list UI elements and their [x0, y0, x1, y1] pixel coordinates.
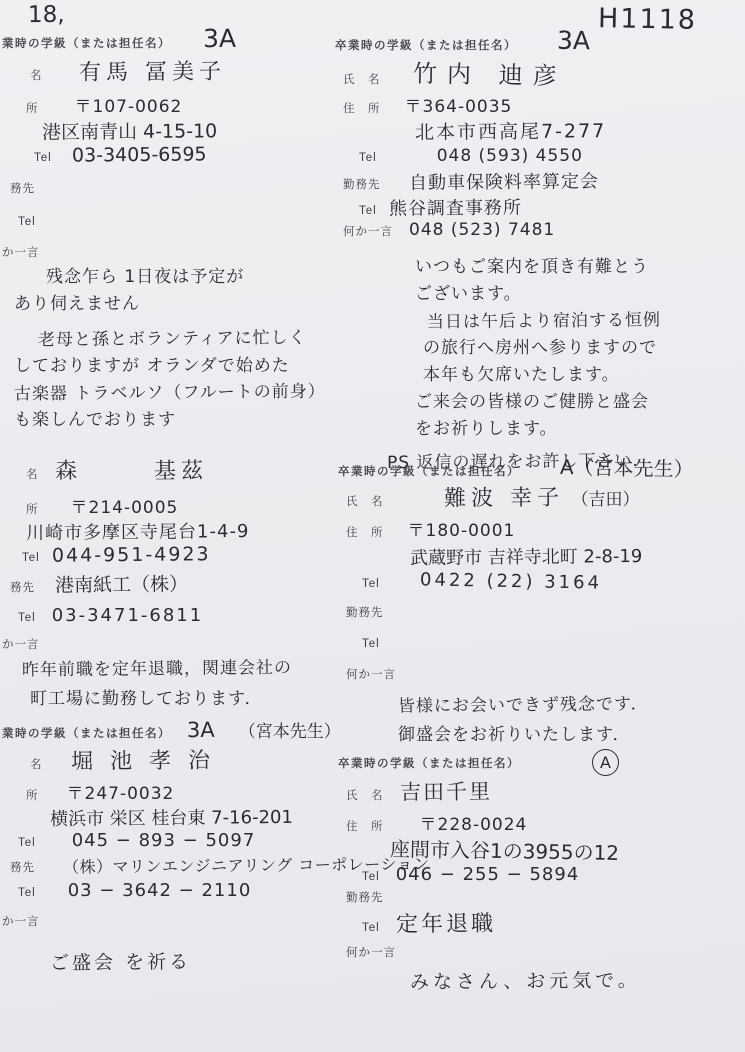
postal-value: 〒364-0035: [405, 92, 513, 117]
comment-block: ご盛会 を祈る: [50, 949, 340, 976]
workplace-value-line1: 自動車保険料率算定会: [408, 167, 598, 195]
address-label: 所: [26, 501, 39, 517]
street-value: 横浜市 栄区 桂台東 7-16-201: [50, 803, 293, 831]
comment-line: しておりますが オランダで始めた: [14, 353, 334, 380]
workplace-value: 港南紙工（株）: [55, 569, 188, 597]
workplace-row: 務先 港南紙工（株）: [2, 570, 332, 597]
name-value: 堀 池 孝 治: [70, 743, 214, 775]
comment-line: ございます。: [415, 281, 743, 308]
comment-label-row: 何か一言 048 (523) 7481: [335, 220, 743, 240]
workplace-label: 務先: [10, 859, 35, 875]
comment-block: 残念乍ら 1日夜は予定が あり伺えません 老母と孫とボランティアに忙しく してお…: [14, 264, 334, 434]
name-sei: 森: [54, 454, 81, 485]
postal-value: 〒228-0024: [420, 810, 528, 835]
work-tel-label: Tel: [18, 216, 36, 228]
workplace-row: 務先: [2, 180, 334, 196]
work-tel-label: Tel: [359, 205, 377, 217]
tel-row: Tel 044-951-4923: [2, 544, 332, 566]
tel-value: 0422 (22) 3164: [420, 569, 602, 593]
street-row: 川崎市多摩区寺尾台1-4-9: [2, 518, 332, 544]
work-tel-label: Tel: [362, 638, 380, 650]
street-row: 港区南青山 4-15-10: [2, 117, 334, 144]
street-value: 北本市西高尾7-277: [415, 116, 606, 145]
entry-card-yoshida: 卒業時の学級（または担任名） A 氏 名 吉田千里 住 所 〒228-0024 …: [338, 749, 743, 995]
work-tel-row: Tel 定年退職: [338, 907, 743, 938]
name-label: 氏 名: [346, 787, 384, 803]
work-tel-label: Tel: [362, 922, 380, 934]
name-label: 名: [30, 67, 43, 83]
tel-row: Tel 045 − 893 − 5097: [2, 830, 340, 851]
tel-label: Tel: [359, 152, 377, 164]
tel-row: Tel 046 − 255 − 5894: [338, 864, 743, 885]
work-tel-row: Tel 03 − 3642 − 2110: [2, 880, 340, 901]
street-value: 川崎市多摩区寺尾台1-4-9: [26, 517, 250, 545]
class-row: 卒業時の学級（または担任名） 3A: [335, 26, 743, 55]
street-value: 座間市入谷1の3955の12: [390, 833, 620, 866]
comment-line: みなさん、お元気で。: [410, 967, 743, 997]
postal-value: 〒107-0062: [75, 92, 183, 117]
comment-line: 皆様にお会いできず残念です．: [398, 688, 743, 721]
comment-line: も楽しんでおります: [14, 407, 334, 434]
work-tel-value: 048 (523) 7481: [409, 220, 555, 240]
name-mei: 基茲: [153, 454, 207, 485]
comment-label: 何か一言: [343, 223, 393, 239]
work-tel-row: Tel: [2, 216, 334, 228]
name-label: 名: [30, 756, 43, 772]
comment-label-row: か一言: [2, 636, 332, 652]
class-label: 卒業時の学級（または担任名）: [338, 755, 520, 771]
work-tel-value: 03 − 3642 − 2110: [68, 880, 252, 901]
class-row: 卒業時の学級（または担任名） A（宮本先生）: [338, 452, 743, 481]
class-row: 卒業時の学級（または担任名） A: [338, 749, 743, 776]
class-label: 業時の学級（または担任名）: [2, 35, 171, 51]
address-row: 住 所 〒228-0024: [338, 810, 743, 835]
comment-label: 何か一言: [346, 944, 396, 960]
workplace-row: 勤務先: [338, 604, 743, 620]
comment-block: いつもご案内を頂き有難とう ございます。 当日は午后より宿泊する恒例 の旅行へ房…: [415, 254, 743, 443]
class-value: 3A: [203, 24, 236, 53]
address-label: 所: [26, 100, 39, 116]
work-tel-label: Tel: [18, 612, 36, 624]
class-label: 業時の学級（または担任名）: [2, 725, 171, 741]
workplace-label: 勤務先: [346, 604, 384, 620]
name-row: 氏 名 吉田千里: [338, 776, 743, 806]
comment-block: 皆様にお会いできず残念です． 御盛会をお祈りいたします．: [398, 690, 743, 750]
name-value: 有馬 冨美子: [78, 54, 225, 86]
postal-value: 〒247-0032: [67, 779, 175, 804]
comment-label: 何か一言: [346, 666, 396, 682]
address-label: 住 所: [346, 818, 384, 834]
street-row: 武蔵野市 吉祥寺北町 2-8-19: [338, 543, 743, 569]
postal-value: 〒180-0001: [408, 516, 516, 541]
workplace-label: 務先: [10, 180, 35, 196]
comment-line: 御盛会をお祈りいたします．: [398, 720, 743, 750]
comment-label: か一言: [2, 244, 40, 260]
name-row: 氏 名 竹内 迪彦: [335, 55, 743, 90]
comment-block: 昨年前職を定年退職，関連会社の 町工場に勤務しております．: [22, 654, 332, 714]
comment-label: か一言: [2, 636, 40, 652]
address-row: 所 〒247-0032: [2, 779, 340, 804]
name-row: 氏 名 難波 幸子 （吉田）: [338, 481, 743, 512]
tel-label: Tel: [18, 837, 36, 849]
tel-value: 045 − 893 − 5097: [72, 830, 256, 851]
name-value: 竹内 迪彦: [412, 54, 566, 92]
comment-line: 本年も欠席いたします。: [423, 362, 743, 389]
tel-value: 048 (593) 4550: [437, 146, 583, 166]
entry-card-horiike: 業時の学級（または担任名） 3A （宮本先生） 名 堀 池 孝 治 所 〒247…: [2, 717, 340, 976]
address-row: 所 〒107-0062: [2, 92, 334, 117]
comment-label-row: 何か一言: [338, 944, 743, 960]
circled-class-mark: A: [592, 749, 619, 776]
tel-value: 046 − 255 − 5894: [396, 864, 580, 885]
postal-value: 〒214-0005: [71, 493, 179, 518]
workplace-row: 務先 （株）マリンエンジニアリング コーポレーション: [2, 853, 340, 876]
work-tel-row: Tel: [338, 638, 743, 650]
street-row: 横浜市 栄区 桂台東 7-16-201: [2, 804, 340, 830]
comment-line: いつもご案内を頂き有難とう: [415, 254, 743, 281]
tel-row: Tel 03-3405-6595: [2, 144, 334, 166]
tel-row: Tel 0422 (22) 3164: [338, 571, 743, 592]
address-label: 住 所: [346, 524, 384, 540]
entry-card-namba: 卒業時の学級（または担任名） A（宮本先生） 氏 名 難波 幸子 （吉田） 住 …: [338, 452, 743, 750]
street-value: 武蔵野市 吉祥寺北町 2-8-19: [410, 542, 642, 570]
workplace-label: 務先: [10, 579, 35, 595]
work-tel-value: 03-3471-6811: [52, 605, 204, 626]
class-value: 3A: [187, 718, 215, 742]
address-label: 所: [26, 787, 39, 803]
class-suffix: （宮本先生）: [239, 717, 341, 742]
workplace-label: 勤務先: [346, 889, 384, 905]
comment-line: あり伺えません: [14, 291, 334, 318]
name-label: 氏 名: [343, 71, 381, 87]
comment-line: ご来会の皆様のご健勝と盛会: [415, 389, 743, 416]
comment-line: の旅行へ房州へ参りますので: [423, 335, 743, 362]
workplace-value-line2: 熊谷調査事務所: [389, 193, 522, 220]
tel-label: Tel: [362, 578, 380, 590]
class-value: 3A: [557, 26, 591, 56]
comment-line: 当日は午后より宿泊する恒例: [427, 307, 743, 337]
street-row: 座間市入谷1の3955の12: [338, 835, 743, 864]
comment-line: 昨年前職を定年退職，関連会社の: [22, 653, 332, 686]
street-row: 北本市西高尾7-277: [335, 117, 743, 144]
address-label: 住 所: [343, 100, 381, 116]
tel-label: Tel: [362, 871, 380, 883]
comment-label-row: か一言: [2, 913, 340, 929]
class-value: A（宮本先生）: [560, 451, 694, 482]
workplace-label: 勤務先: [343, 176, 381, 192]
work-tel-label: Tel: [18, 887, 36, 899]
class-label: 卒業時の学級（または担任名）: [338, 463, 520, 479]
comment-line: 残念乍ら 1日夜は予定が: [46, 264, 334, 291]
name-row: 名 森 基茲: [2, 454, 332, 485]
comment-line: 古楽器 トラベルソ（フルートの前身）: [14, 379, 334, 409]
address-row: 所 〒214-0005: [2, 493, 332, 518]
name-row: 名 堀 池 孝 治: [2, 744, 340, 775]
comment-label-row: か一言: [2, 244, 334, 260]
entry-card-arima: 業時の学級（または担任名） 3A 名 有馬 冨美子 所 〒107-0062 港区…: [2, 24, 334, 434]
tel-label: Tel: [34, 152, 52, 164]
workplace-row: 勤務先 自動車保険料率算定会: [335, 168, 743, 194]
comment-line: をお祈りします。: [415, 416, 743, 443]
name-label: 名: [26, 466, 39, 482]
tel-value: 03-3405-6595: [72, 143, 207, 166]
workplace-row: 勤務先: [338, 889, 743, 905]
street-value: 港区南青山 4-15-10: [42, 116, 217, 145]
comment-label-row: 何か一言: [338, 666, 743, 682]
comment-label: か一言: [2, 913, 40, 929]
name-label: 氏 名: [346, 493, 384, 509]
name-value: 吉田千里: [399, 776, 491, 807]
class-label: 卒業時の学級（または担任名）: [335, 37, 517, 53]
name-suffix: （吉田）: [572, 485, 640, 510]
entry-card-takeuchi: 卒業時の学級（または担任名） 3A 氏 名 竹内 迪彦 住 所 〒364-003…: [335, 26, 743, 472]
name-row: 名 有馬 冨美子: [2, 55, 334, 86]
address-row: 住 所 〒180-0001: [338, 516, 743, 541]
comment-line: 町工場に勤務しております．: [30, 684, 332, 714]
entry-card-mori: 名 森 基茲 所 〒214-0005 川崎市多摩区寺尾台1-4-9 Tel 04…: [2, 454, 332, 714]
tel-value: 044-951-4923: [52, 543, 211, 566]
tel-row: Tel 048 (593) 4550: [335, 146, 743, 166]
name-value: 難波 幸子: [443, 480, 563, 512]
work-status-value: 定年退職: [396, 907, 496, 939]
scanned-form-page: 18, H1118 業時の学級（または担任名） 3A 名 有馬 冨美子 所 〒1…: [0, 0, 745, 1052]
comment-block: みなさん、お元気で。: [410, 968, 743, 995]
class-row: 業時の学級（または担任名） 3A （宮本先生）: [2, 717, 340, 742]
address-row: 住 所 〒364-0035: [335, 92, 743, 117]
class-row: 業時の学級（または担任名） 3A: [2, 24, 334, 53]
comment-line: ご盛会 を祈る: [50, 948, 340, 978]
comment-line: 老母と孫とボランティアに忙しく: [38, 325, 334, 355]
work-tel-row: Tel 03-3471-6811: [2, 605, 332, 626]
work-tel-row: Tel 熊谷調査事務所: [335, 194, 743, 220]
tel-label: Tel: [22, 552, 40, 564]
